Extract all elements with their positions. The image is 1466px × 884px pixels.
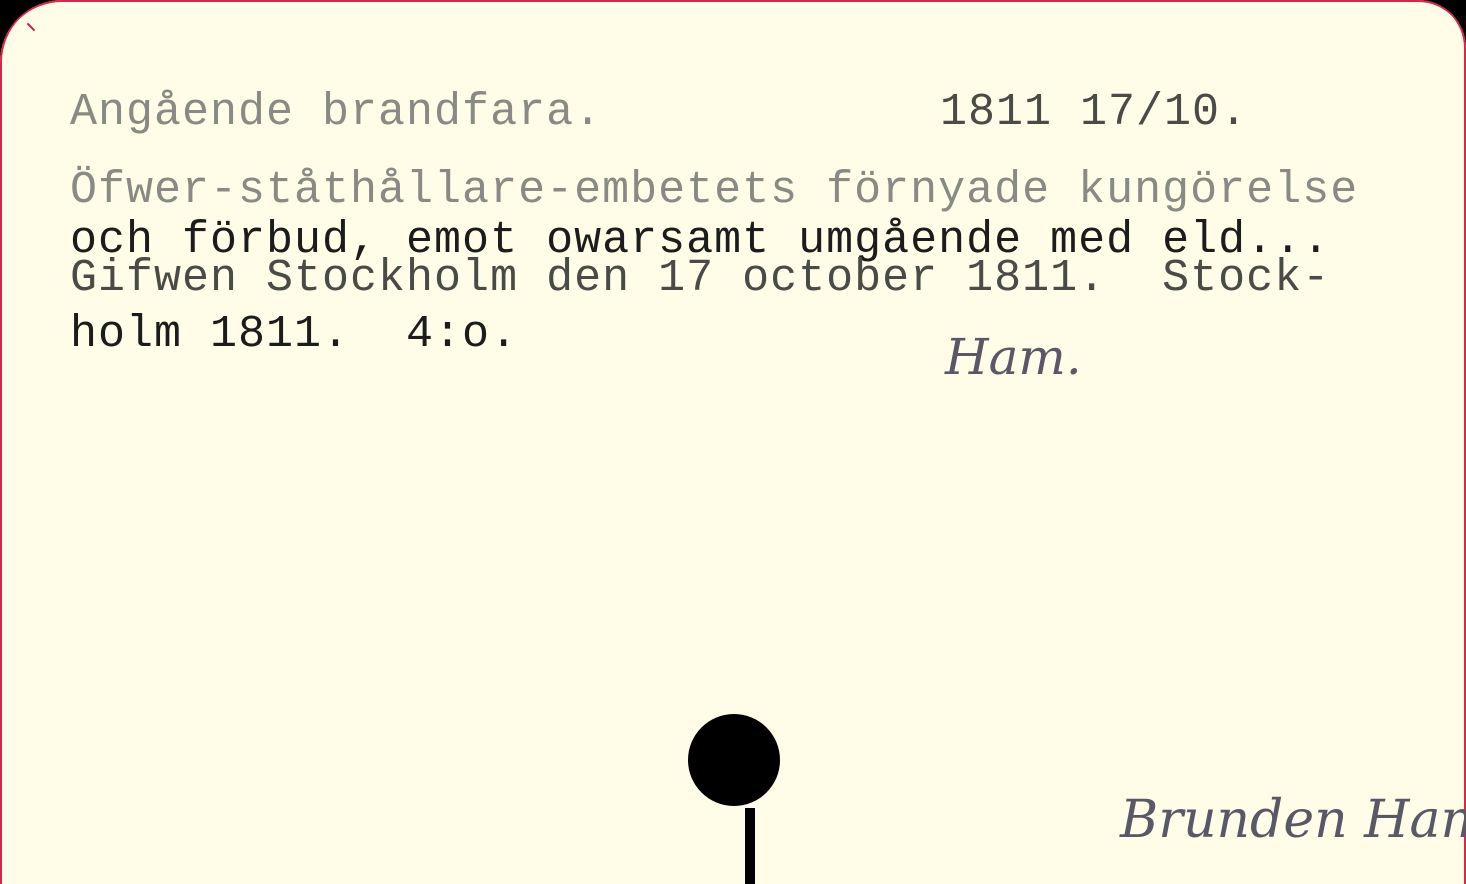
ink-speck [27, 23, 35, 31]
handwritten-note: Ham. [945, 328, 1082, 386]
body-line-1: Öfwer-ståthållare-embetets förnyade kung… [70, 168, 1358, 213]
body-line-4: holm 1811. 4:o. [70, 312, 518, 357]
body-line-3: Gifwen Stockholm den 17 october 1811. St… [70, 256, 1330, 301]
card-date: 1811 17/10. [940, 90, 1248, 135]
catalog-card: Angående brandfara. 1811 17/10. Öfwer-st… [0, 0, 1466, 884]
card-heading: Angående brandfara. [70, 90, 602, 135]
punch-hole [688, 714, 780, 806]
card-rod [745, 808, 755, 884]
handwritten-signature: Brunden Ham. [1120, 790, 1466, 850]
